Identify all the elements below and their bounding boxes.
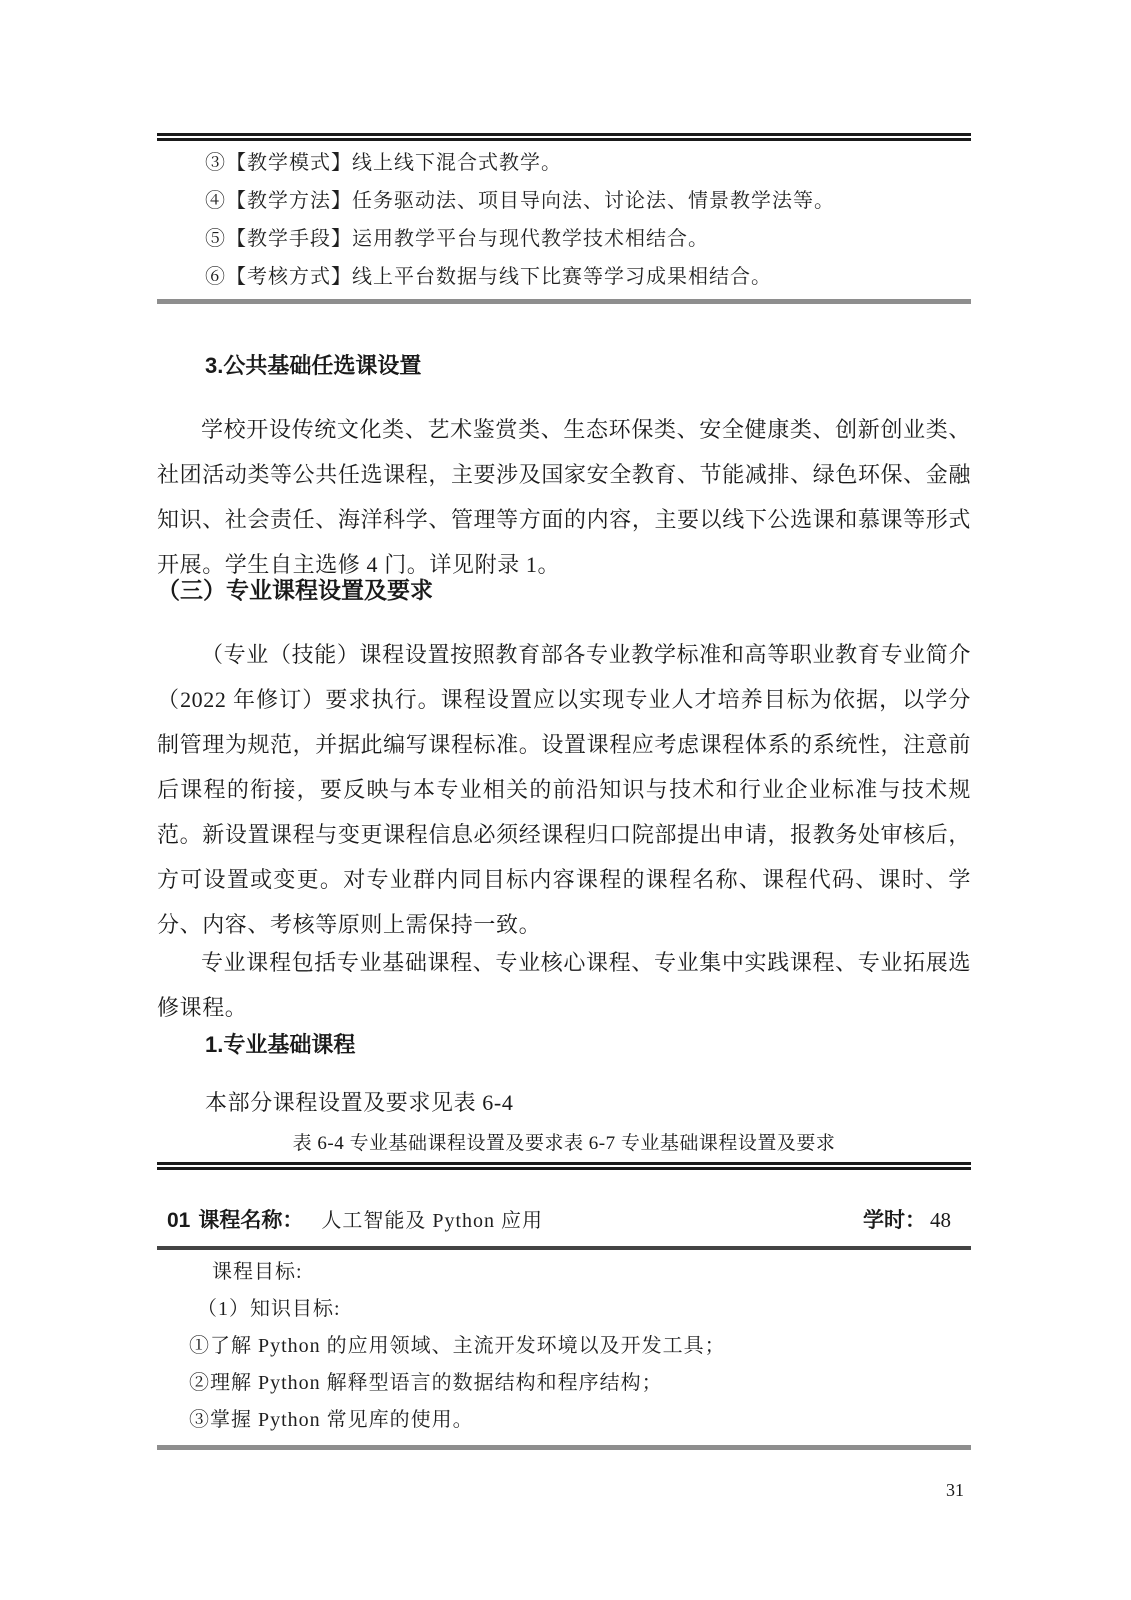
table-row: （1）知识目标:: [157, 1291, 951, 1328]
course-table: 01 课程名称： 人工智能及 Python 应用 学时： 48 课程目标: （1…: [157, 1162, 971, 1450]
table-row: 课程目标:: [157, 1254, 951, 1291]
course-name-label: 课程名称：: [198, 1204, 303, 1234]
table-row: ⑥【考核方式】线上平台数据与线下比赛等学习成果相结合。: [205, 258, 971, 296]
course-hours-label: 学时：: [863, 1209, 926, 1232]
table-row: ①了解 Python 的应用领域、主流开发环境以及开发工具；: [157, 1328, 951, 1365]
table-row: ④【教学方法】任务驱动法、项目导向法、讨论法、情景教学法等。: [205, 182, 971, 220]
heading-major-course-settings: （三）专业课程设置及要求: [157, 572, 433, 605]
table-row: ③【教学模式】线上线下混合式教学。: [205, 144, 971, 182]
paragraph-major-course-categories: 专业课程包括专业基础课程、专业核心课程、专业集中实践课程、专业拓展选修课程。: [157, 940, 971, 1030]
teaching-methods-table-fragment: ③【教学模式】线上线下混合式教学。 ④【教学方法】任务驱动法、项目导向法、讨论法…: [157, 133, 971, 304]
course-table-body: 课程目标: （1）知识目标: ①了解 Python 的应用领域、主流开发环境以及…: [157, 1250, 971, 1445]
course-table-header-row: 01 课程名称： 人工智能及 Python 应用 学时： 48: [157, 1170, 971, 1250]
course-hours-value: 48: [930, 1208, 951, 1232]
table-caption: 表 6-4 专业基础课程设置及要求表 6-7 专业基础课程设置及要求: [157, 1128, 971, 1155]
course-number: 01: [167, 1209, 190, 1233]
table-row: ②理解 Python 解释型语言的数据结构和程序结构；: [157, 1365, 951, 1402]
heading-public-elective-courses: 3.公共基础任选课设置: [205, 349, 421, 380]
document-page: ③【教学模式】线上线下混合式教学。 ④【教学方法】任务驱动法、项目导向法、讨论法…: [0, 0, 1131, 1600]
course-hours: 学时： 48: [863, 1204, 951, 1234]
heading-basic-major-courses: 1.专业基础课程: [205, 1028, 355, 1059]
course-name-value: 人工智能及 Python 应用: [321, 1204, 543, 1233]
table-row: ③掌握 Python 常见库的使用。: [157, 1402, 951, 1439]
paragraph-major-course-intro: （专业（技能）课程设置按照教育部各专业教学标准和高等职业教育专业简介（2022 …: [157, 632, 971, 947]
page-number: 31: [946, 1480, 964, 1501]
paragraph-table-reference: 本部分课程设置及要求见表 6-4: [205, 1086, 513, 1117]
table-row: ⑤【教学手段】运用教学平台与现代教学技术相结合。: [205, 220, 971, 258]
paragraph-public-elective-courses: 学校开设传统文化类、艺术鉴赏类、生态环保类、安全健康类、创新创业类、社团活动类等…: [157, 407, 971, 587]
